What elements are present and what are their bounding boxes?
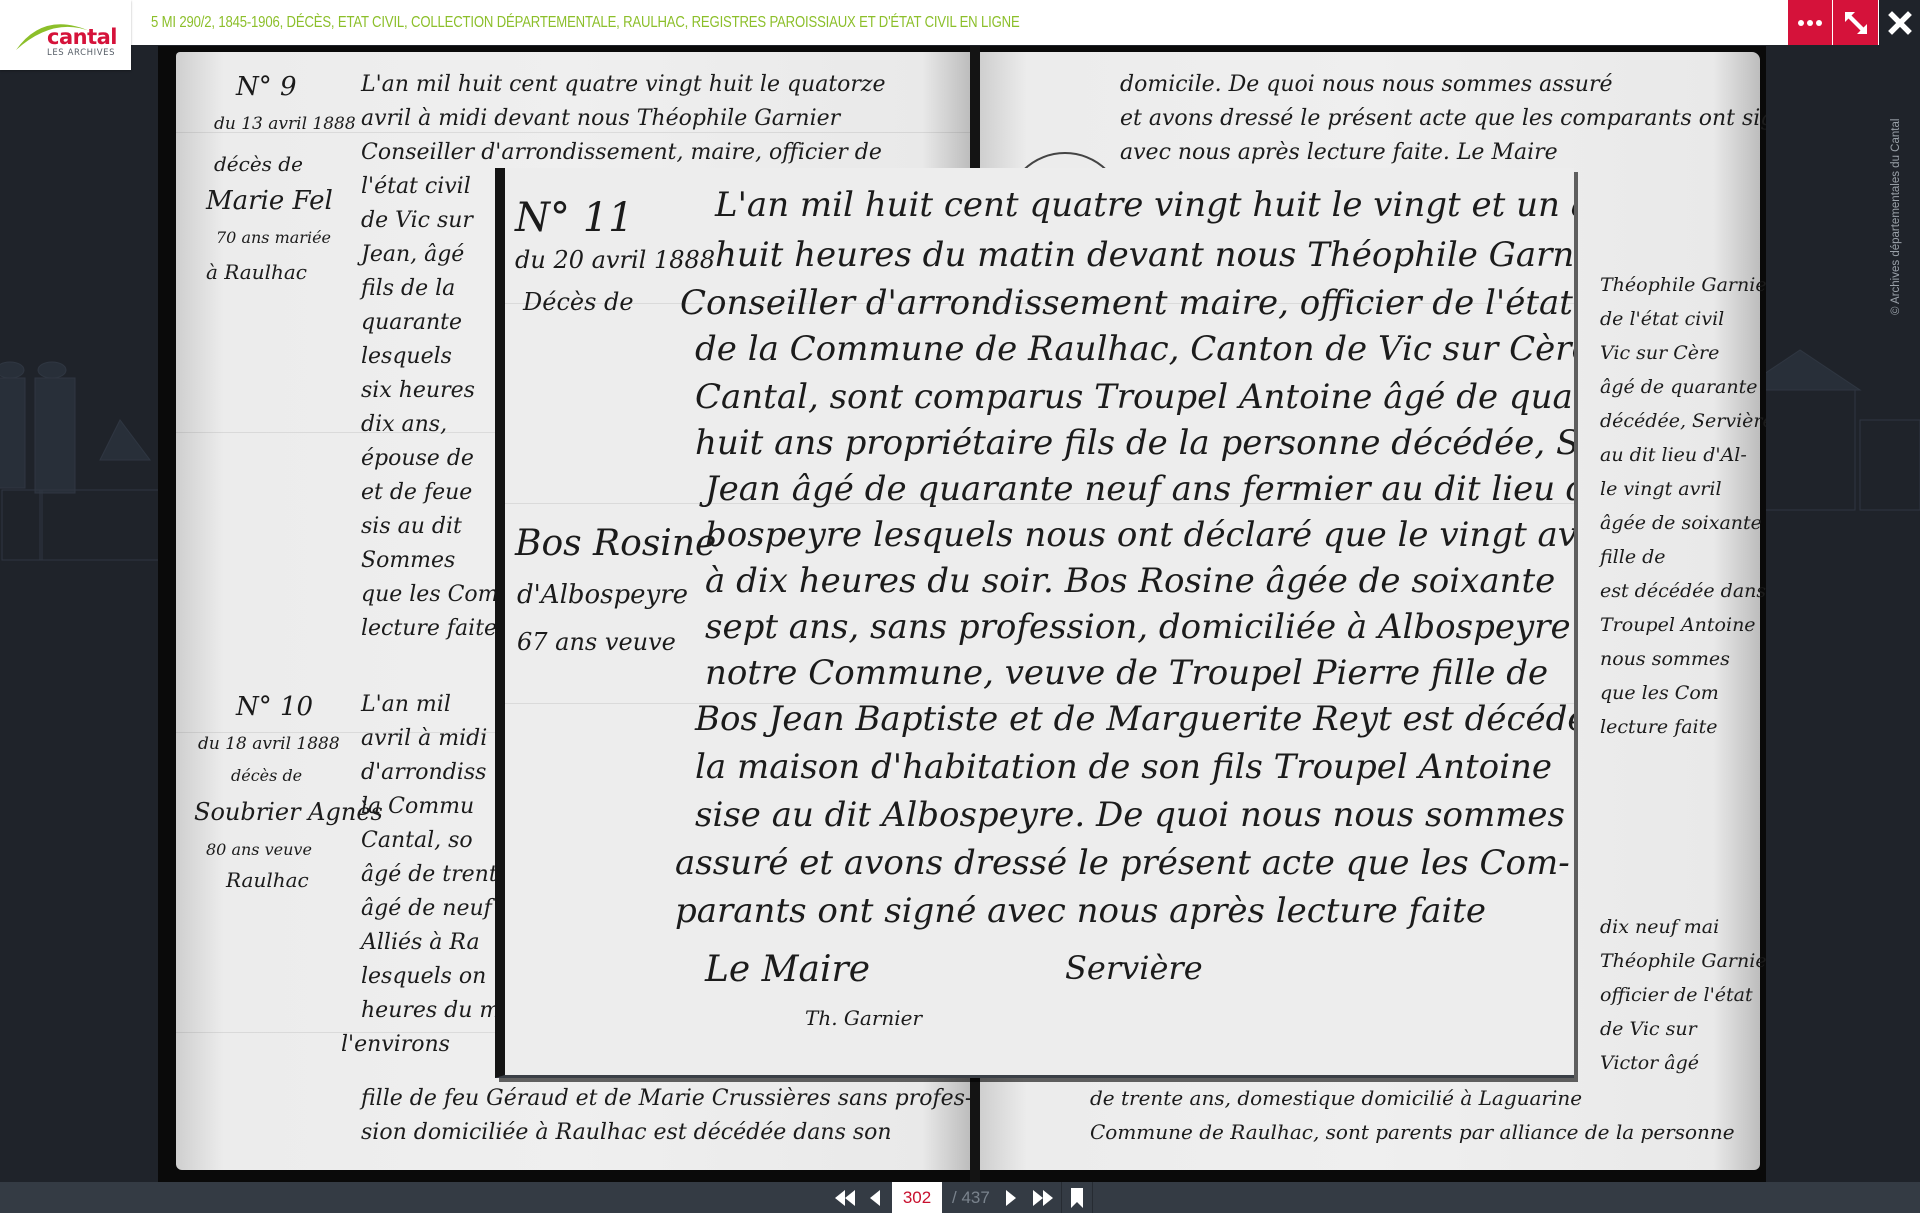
inset-text-line: Conseiller d'arrondissement maire, offic… <box>680 286 1574 320</box>
margin-entry-number: N° 9 <box>236 74 297 100</box>
text-line: Conseiller d'arrondissement, maire, offi… <box>361 142 882 164</box>
header-bar: 5 MI 290/2, 1845-1906, DÉCÈS, ETAT CIVIL… <box>0 0 1920 45</box>
text-line: Vic sur Cère <box>1600 344 1719 363</box>
text-line: Cantal, so <box>361 830 473 852</box>
ellipsis-icon <box>1798 20 1822 26</box>
text-line: et avons dressé le présent acte que les … <box>1120 108 1766 130</box>
text-line: âgé de neuf <box>361 898 492 920</box>
inset-text-line: parants ont signé avec nous après lectur… <box>675 894 1486 928</box>
document-title: 5 MI 290/2, 1845-1906, DÉCÈS, ETAT CIVIL… <box>151 13 1020 33</box>
divider <box>1092 1182 1093 1213</box>
next-page-button[interactable] <box>1000 1182 1022 1213</box>
text-line: L'an mil huit cent quatre vingt huit le … <box>361 74 886 96</box>
close-button[interactable] <box>1879 0 1920 45</box>
logo-wordmark: cantal <box>47 27 117 48</box>
text-line: de trente ans, domestique domicilié à La… <box>1090 1088 1582 1108</box>
first-page-button[interactable] <box>830 1182 860 1213</box>
inset-text-line: bospeyre lesquels nous ont déclaré que l… <box>705 518 1574 552</box>
last-page-button[interactable] <box>1028 1182 1058 1213</box>
close-x-icon <box>1888 11 1912 35</box>
inset-entry-name: Bos Rosine <box>515 526 716 562</box>
text-line: Alliés à Ra <box>361 932 480 954</box>
inset-text-line: huit ans propriétaire fils de la personn… <box>695 426 1574 460</box>
text-line: sis au dit <box>361 516 462 538</box>
text-line: nous sommes <box>1600 650 1730 669</box>
inset-entry-label: Décès de <box>523 290 634 314</box>
expand-fullscreen-button[interactable] <box>1833 0 1878 45</box>
margin-entry-name: Marie Fel <box>206 188 333 214</box>
margin-entry-label: décès de <box>231 768 302 784</box>
text-line: lecture faite <box>1600 718 1718 737</box>
text-line: Commune de Raulhac, sont parents par all… <box>1090 1122 1735 1142</box>
text-line: L'an mil <box>361 694 451 716</box>
text-line: âgée de soixante <box>1600 514 1762 533</box>
text-line: âgé de trente <box>361 864 511 886</box>
expand-arrows-icon <box>1843 10 1869 36</box>
text-line: Troupel Antoine <box>1600 616 1756 635</box>
text-line: lesquels on <box>361 966 486 988</box>
inset-text-line: de la Commune de Raulhac, Canton de Vic … <box>695 332 1574 366</box>
inset-entry-number: N° 11 <box>515 198 634 238</box>
inset-text-line: sise au dit Albospeyre. De quoi nous nou… <box>695 798 1565 832</box>
text-line: l'état civil <box>361 176 471 198</box>
bookmark-icon <box>1071 1188 1083 1208</box>
text-line: que les Com <box>361 584 499 606</box>
inset-text-line: à dix heures du soir. Bos Rosine âgée de… <box>705 564 1555 598</box>
inset-text-line: L'an mil huit cent quatre vingt huit le … <box>715 188 1574 222</box>
inset-text-line: huit heures du matin devant nous Théophi… <box>715 238 1574 272</box>
text-line: décédée, Servière <box>1600 412 1766 431</box>
inset-text-line: sept ans, sans profession, domiciliée à … <box>705 610 1574 644</box>
text-line: épouse de <box>361 448 474 470</box>
double-chevron-left-icon <box>833 1189 857 1207</box>
text-line: fille de feu Géraud et de Marie Crussièr… <box>361 1088 972 1110</box>
divider <box>1061 1182 1062 1213</box>
page-total: / 437 <box>952 1188 990 1208</box>
text-line: d'arrondiss <box>361 762 486 784</box>
margin-entry-name: Soubrier Agnès <box>194 800 383 824</box>
inset-text-line: la maison d'habitation de son fils Troup… <box>695 750 1552 784</box>
inset-text-line: Cantal, sont comparus Troupel Antoine âg… <box>695 380 1574 414</box>
margin-entry-age: 70 ans mariée <box>216 230 331 246</box>
text-line: lecture faite <box>361 618 497 640</box>
chevron-right-icon <box>1005 1189 1017 1207</box>
text-line: avril à midi devant nous Théophile Garni… <box>361 108 840 130</box>
text-line: dix neuf mai <box>1600 918 1719 937</box>
text-line: et de feue <box>361 482 472 504</box>
text-line: avec nous après lecture faite. Le Maire <box>1120 142 1558 164</box>
text-line: Victor âgé <box>1600 1054 1699 1073</box>
inset-text-line: Jean âgé de quarante neuf ans fermier au… <box>705 472 1574 506</box>
text-line: lesquels <box>361 346 452 368</box>
text-line: fille de <box>1600 548 1666 567</box>
text-line: Jean, âgé <box>361 244 464 266</box>
more-options-button[interactable] <box>1788 0 1832 45</box>
text-line: domicile. De quoi nous nous sommes assur… <box>1120 74 1613 96</box>
text-line: six heures <box>361 380 475 402</box>
margin-entry-place: à Raulhac <box>206 262 307 282</box>
text-line: avril à midi <box>361 728 487 750</box>
margin-entry-date: du 13 avril 1888 <box>214 116 356 133</box>
text-line: Théophile Garnier, <box>1600 952 1766 971</box>
pagination-bar: / 437 <box>0 1182 1920 1213</box>
text-line: fils de la <box>361 278 455 300</box>
copyright-notice: © Archives départementales du Cantal <box>1890 119 1902 315</box>
text-line: que les Com <box>1600 684 1719 703</box>
margin-entry-number: N° 10 <box>236 694 313 720</box>
margin-entry-place: Raulhac <box>226 870 309 890</box>
margin-entry-label: décès de <box>214 154 303 174</box>
cantal-archives-logo[interactable]: cantal LES ARCHIVES <box>0 0 131 70</box>
inset-entry-date: du 20 avril 1888 <box>515 248 715 272</box>
double-chevron-right-icon <box>1031 1189 1055 1207</box>
magnifier-lens[interactable]: N° 11 du 20 avril 1888 Décès de Bos Rosi… <box>495 168 1574 1078</box>
text-line: est décédée dans <box>1600 582 1766 601</box>
page-number-input[interactable] <box>892 1182 942 1213</box>
logo-subtitle: LES ARCHIVES <box>47 49 115 58</box>
text-line: le vingt avril <box>1600 480 1722 499</box>
text-line: de l'état civil <box>1600 310 1724 329</box>
signature: Servière <box>1065 952 1203 984</box>
text-line: au dit lieu d'Al- <box>1600 446 1747 465</box>
text-line: âgé de quarante <box>1600 378 1757 397</box>
text-line: quarante <box>361 312 462 334</box>
inset-entry-age: 67 ans veuve <box>517 630 676 654</box>
text-line: l'environs <box>341 1034 450 1056</box>
text-line: de Vic sur <box>1600 1020 1697 1039</box>
previous-page-button[interactable] <box>864 1182 886 1213</box>
chevron-left-icon <box>869 1189 881 1207</box>
margin-entry-age: 80 ans veuve <box>206 842 312 858</box>
inset-text-line: assuré et avons dressé le présent acte q… <box>675 846 1570 880</box>
text-line: officier de l'état <box>1600 986 1753 1005</box>
text-line: de Vic sur <box>361 210 473 232</box>
margin-entry-date: du 18 avril 1888 <box>198 736 340 753</box>
bookmark-button[interactable] <box>1064 1182 1090 1213</box>
inset-entry-place: d'Albospeyre <box>517 582 688 608</box>
signature: Th. Garnier <box>805 1008 922 1028</box>
text-line: heures du m <box>361 1000 500 1022</box>
inset-text-line: Bos Jean Baptiste et de Marguerite Reyt … <box>695 702 1574 736</box>
text-line: Sommes <box>361 550 455 572</box>
signature: Le Maire <box>705 952 870 988</box>
text-line: dix ans, <box>361 414 447 436</box>
text-line: Théophile Garnier, <box>1600 276 1766 295</box>
text-line: sion domiciliée à Raulhac est décédée da… <box>361 1122 892 1144</box>
text-line: la Commu <box>361 796 474 818</box>
inset-text-line: notre Commune, veuve de Troupel Pierre f… <box>705 656 1548 690</box>
archive-viewer: 5 MI 290/2, 1845-1906, DÉCÈS, ETAT CIVIL… <box>0 0 1920 1213</box>
